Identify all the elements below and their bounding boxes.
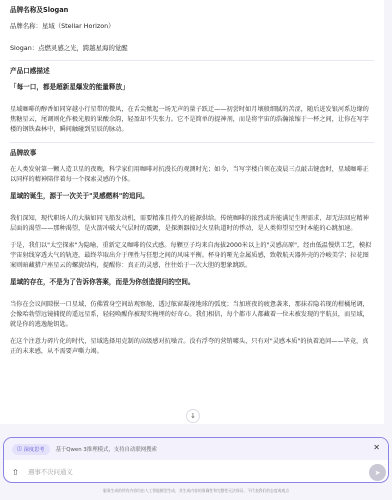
story-paragraph-1: 在人类发射第一颗人造卫星的夜晚，科学家们用咖啡对抗漫长的观测时光；如今，当写字楼… <box>10 165 374 185</box>
send-icon: ➤ <box>375 469 381 477</box>
story-bold-2: 星域的存在，不是为了告诉你答案，而是为你创造提问的空间。 <box>10 278 374 287</box>
deep-think-toggle[interactable]: ◫ 深度思考 <box>12 444 50 455</box>
story-paragraph-5: 在这个注意力碎片化的时代，星域选择用克制的高级感对抗噪音。没有浮夸的营销噱头，只… <box>10 337 374 357</box>
chat-input[interactable] <box>28 468 308 476</box>
taste-tagline: 「每一口，都是超新星爆发的能量释放」 <box>10 83 374 92</box>
close-icon[interactable]: ✕ <box>373 443 380 452</box>
story-paragraph-4: 当你在会议间隙抿一口星域，仿佛置身空间站观察舱，透过舷窗凝视地球的弧度；当加班夜… <box>10 300 374 330</box>
upload-icon[interactable]: ⇧ <box>12 468 22 477</box>
input-row: ⇧ ➤ <box>4 460 388 483</box>
disclaimer: 服务生成的所有内容均由人工智能模型生成，其生成内容的准确性和完整性无法保证，不代… <box>0 488 392 494</box>
mode-description: 基于Qwen 3推理模式，支持自动联网搜索 <box>56 445 157 453</box>
divider <box>10 60 374 61</box>
section-heading-brand-name: 品牌名称及Slogan <box>10 6 374 15</box>
send-button[interactable]: ➤ <box>369 464 386 481</box>
divider <box>10 142 374 143</box>
section-heading-taste: 产品口感描述 <box>10 67 374 76</box>
taste-description: 星域咖啡的醇香如同穿越小行星带的微风，在舌尖掀起一场无声的量子跃迁——初尝时如月… <box>10 105 374 135</box>
slogan-line: Slogan：点燃灵感之光，跨越星海的觉醒 <box>10 44 374 53</box>
scroll-to-bottom-button[interactable]: ↓ <box>186 409 200 423</box>
section-heading-story: 品牌故事 <box>10 149 374 158</box>
scrollbar[interactable] <box>384 0 392 424</box>
chat-message-content: 品牌名称及Slogan 品牌名称：星域（Stellar Horizon） Slo… <box>0 0 384 424</box>
mode-bar: ◫ 深度思考 基于Qwen 3推理模式，支持自动联网搜索 ✕ <box>4 438 388 460</box>
arrow-down-icon: ↓ <box>190 412 196 420</box>
deep-think-label: 深度思考 <box>24 446 45 453</box>
story-bold-1: 星域的诞生，源于一次关于"灵感燃料"的追问。 <box>10 192 374 201</box>
deep-think-icon: ◫ <box>17 446 22 452</box>
story-paragraph-3: 于是，我们以"太空探索"为隐喻，重新定义咖啡的仪式感。每颗豆子均来自海拔2000… <box>10 241 374 271</box>
story-paragraph-2: 我们深知，现代职场人的大脑如同飞船发动机，需要精准且持久的能源供给。传统咖啡的浓… <box>10 214 374 234</box>
brand-name-line: 品牌名称：星域（Stellar Horizon） <box>10 22 374 31</box>
chat-input-box: ◫ 深度思考 基于Qwen 3推理模式，支持自动联网搜索 ✕ ⇧ ➤ <box>3 437 389 483</box>
